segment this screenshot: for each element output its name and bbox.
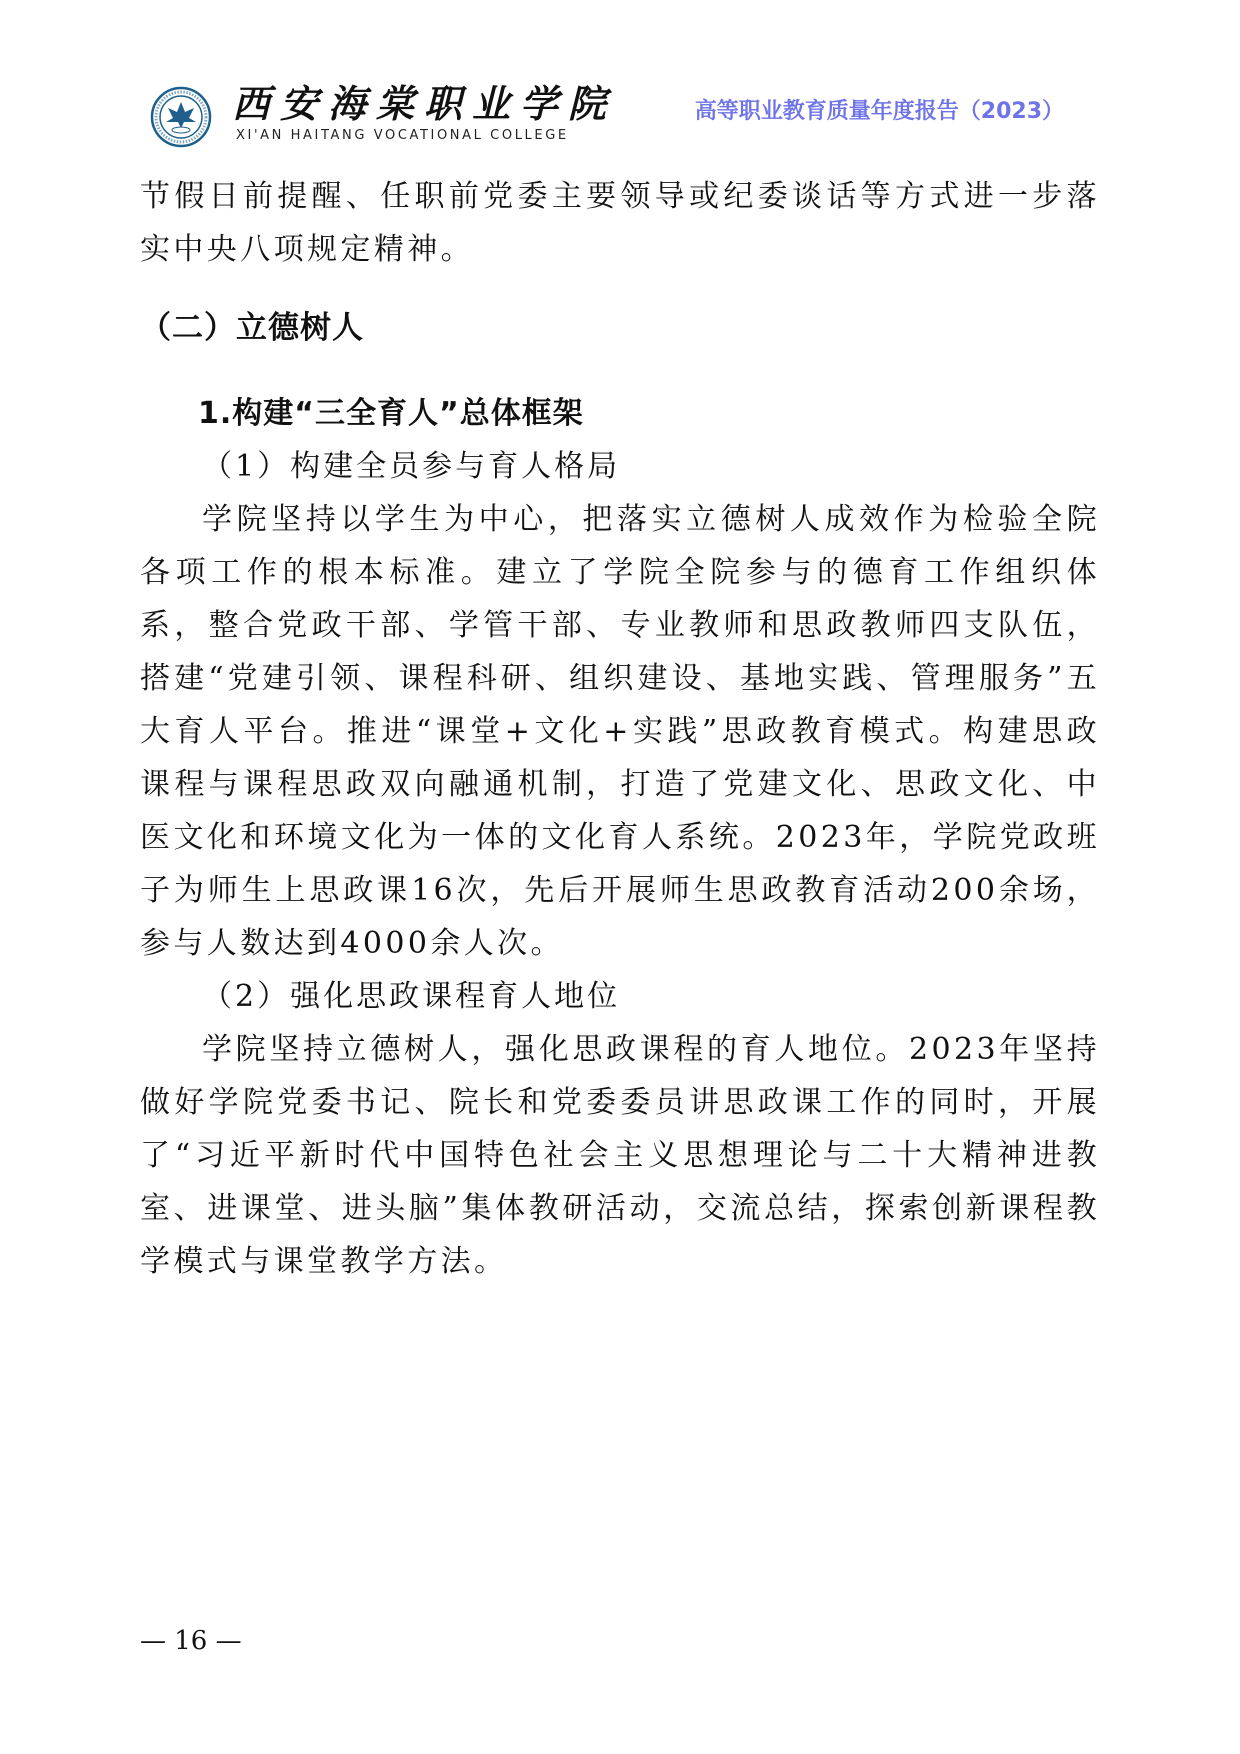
item2-heading: （2）强化思政课程育人地位: [140, 970, 1100, 1023]
subsection-heading: 1.构建“三全育人”总体框架: [140, 387, 1100, 440]
page-header: 西安海棠职业学院 XI'AN HAITANG VOCATIONAL COLLEG…: [150, 82, 1090, 152]
item1-heading: （1）构建全员参与育人格局: [140, 440, 1100, 493]
item1-paragraph: 学院坚持以学生为中心，把落实立德树人成效作为检验全院各项工作的根本标准。建立了学…: [140, 493, 1100, 970]
page-number: — 16 —: [140, 1626, 242, 1656]
item2-paragraph: 学院坚持立德树人，强化思政课程的育人地位。2023年坚持做好学院党委书记、院长和…: [140, 1023, 1100, 1288]
report-title: 高等职业教育质量年度报告（2023）: [695, 94, 1064, 125]
college-name-english: XI'AN HAITANG VOCATIONAL COLLEGE: [236, 128, 569, 143]
section-heading: （二）立德树人: [140, 302, 1100, 355]
continuation-paragraph: 节假日前提醒、任职前党委主要领导或纪委谈话等方式进一步落实中央八项规定精神。: [140, 170, 1100, 276]
college-name-chinese: 西安海棠职业学院: [232, 82, 616, 126]
document-body: 节假日前提醒、任职前党委主要领导或纪委谈话等方式进一步落实中央八项规定精神。 （…: [140, 170, 1100, 1288]
college-emblem-icon: [150, 86, 212, 148]
